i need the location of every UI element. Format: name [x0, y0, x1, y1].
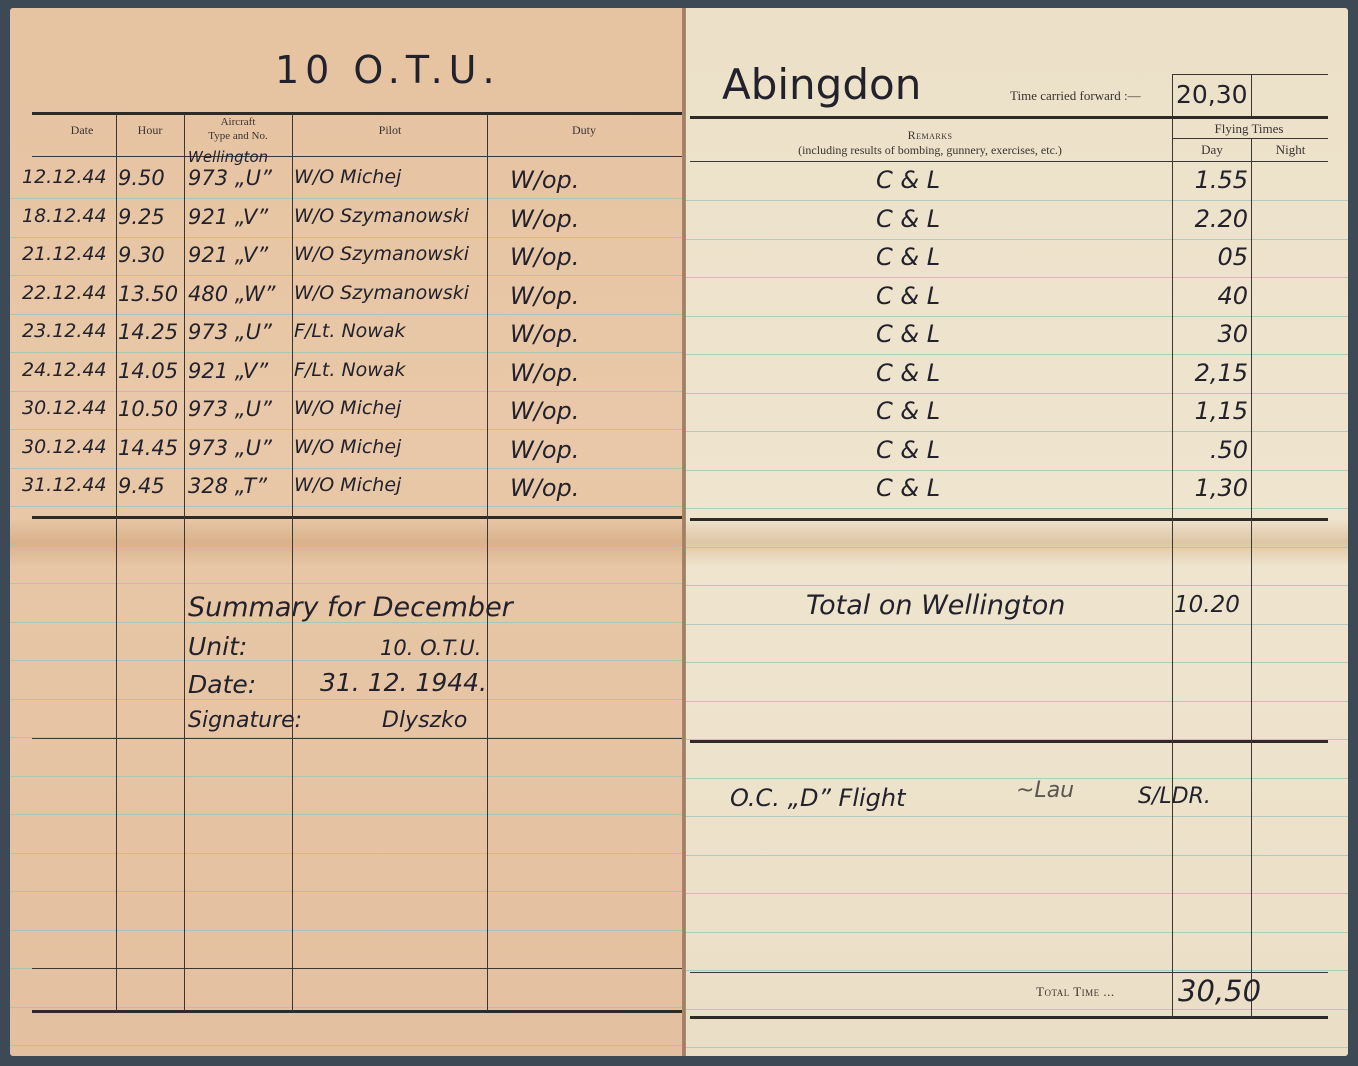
- day-time-entry: 40: [1217, 282, 1248, 310]
- ruled-line: [10, 545, 682, 546]
- header-top-rule: [32, 112, 682, 115]
- ruled-line: [10, 237, 682, 238]
- log-entry-date: 31.12.44: [22, 474, 107, 496]
- log-entry-date: 30.12.44: [22, 436, 107, 458]
- remark-entry: C & L: [876, 436, 940, 464]
- ruled-line: [10, 1045, 682, 1046]
- ruled-line: [10, 660, 682, 661]
- ruled-line: [10, 352, 682, 353]
- ruled-line: [686, 316, 1348, 317]
- carried-forward-left-rule: [1172, 74, 1173, 116]
- log-entry-pilot: W/O Szymanowski: [294, 205, 469, 227]
- total-on-type-label: Total on Wellington: [806, 590, 1065, 621]
- log-entry-aircraft: 921 „V”: [188, 243, 268, 267]
- summary-bottom-rule: [690, 740, 1328, 743]
- header-bottom-rule: [32, 156, 682, 157]
- ruled-line: [686, 277, 1348, 278]
- carried-forward-mid-rule: [1251, 74, 1252, 116]
- log-entry-pilot: W/O Michej: [294, 397, 401, 419]
- col-divider-aircraft: [292, 114, 293, 1011]
- ruled-line: [10, 699, 682, 700]
- summary-signature-label: Signature:: [188, 708, 302, 733]
- summary-date-value: 31. 12. 1944.: [320, 668, 487, 697]
- footer-bottom-rule: [690, 1016, 1328, 1019]
- oc-flight-line: O.C. „D” Flight: [730, 784, 906, 812]
- ruled-line: [10, 468, 682, 469]
- log-entry-pilot: W/O Szymanowski: [294, 282, 469, 304]
- log-entry-pilot: F/Lt. Nowak: [294, 320, 405, 342]
- log-entry-aircraft: 480 „W”: [188, 282, 275, 306]
- log-entry-duty: W/op.: [510, 243, 579, 271]
- remarks-subheader: (including results of bombing, gunnery, …: [690, 143, 1170, 158]
- log-entry-pilot: W/O Michej: [294, 474, 401, 496]
- log-entry-hour: 9.30: [118, 243, 165, 267]
- ruled-line: [686, 970, 1348, 971]
- ruled-line: [10, 776, 682, 777]
- ruled-line: [686, 470, 1348, 471]
- day-time-entry: 2.20: [1195, 205, 1248, 233]
- flying-times-header: Flying Times: [1174, 121, 1324, 137]
- ruled-line: [686, 393, 1348, 394]
- log-entry-duty: W/op.: [510, 397, 579, 425]
- ruled-line: [686, 547, 1348, 548]
- carried-forward-top-rule: [1172, 74, 1328, 75]
- ruled-line: [10, 198, 682, 199]
- remark-entry: C & L: [876, 166, 940, 194]
- log-entry-date: 18.12.44: [22, 205, 107, 227]
- remark-entry: C & L: [876, 359, 940, 387]
- log-entry-hour: 14.45: [118, 436, 178, 460]
- header-bottom-rule: [690, 161, 1328, 162]
- log-entry-aircraft: 973 „U”: [188, 320, 272, 344]
- summary-unit-label: Unit:: [188, 632, 247, 661]
- log-entry-aircraft: 921 „V”: [188, 359, 268, 383]
- log-entry-pilot: W/O Szymanowski: [294, 243, 469, 265]
- log-entry-aircraft: 973 „U”: [188, 436, 272, 460]
- ruled-line: [686, 508, 1348, 509]
- day-time-entry: 1,15: [1195, 397, 1248, 425]
- remark-entry: C & L: [876, 243, 940, 271]
- day-time-entry: .50: [1210, 436, 1248, 464]
- summary-signature-value: Dlyszko: [382, 708, 467, 733]
- day-time-entry: 1.55: [1195, 166, 1248, 194]
- entries-bottom-rule: [32, 516, 682, 519]
- log-entry-aircraft: 328 „T”: [188, 474, 267, 498]
- summary-title: Summary for December: [188, 592, 513, 623]
- col-divider-pilot: [487, 114, 488, 1011]
- ruled-line: [10, 314, 682, 315]
- log-entry-hour: 14.05: [118, 359, 178, 383]
- right-page: Abingdon Time carried forward :— 20,30 R…: [686, 8, 1348, 1056]
- col-header-hour: Hour: [118, 123, 182, 138]
- total-time-value: 30,50: [1178, 974, 1261, 1008]
- day-header: Day: [1174, 142, 1250, 158]
- ruled-line: [686, 624, 1348, 625]
- log-entry-hour: 13.50: [118, 282, 178, 306]
- summary-date-label: Date:: [188, 670, 256, 699]
- ruled-line: [10, 814, 682, 815]
- ruled-line: [10, 391, 682, 392]
- log-entry-pilot: W/O Michej: [294, 166, 401, 188]
- col-divider-day: [1251, 138, 1252, 1018]
- footer-bottom-rule: [32, 1010, 682, 1013]
- col-divider-remarks: [1172, 118, 1173, 1018]
- remark-entry: C & L: [876, 474, 940, 502]
- log-entry-hour: 9.45: [118, 474, 165, 498]
- log-entry-duty: W/op.: [510, 205, 579, 233]
- log-entry-duty: W/op.: [510, 320, 579, 348]
- log-entry-aircraft: 921 „V”: [188, 205, 268, 229]
- col-header-pilot: Pilot: [294, 123, 486, 138]
- footer-top-rule: [690, 972, 1328, 973]
- ruled-line: [686, 893, 1348, 894]
- ruled-line: [686, 585, 1348, 586]
- log-entry-date: 30.12.44: [22, 397, 107, 419]
- ruled-line: [10, 275, 682, 276]
- col-divider-hour: [184, 114, 185, 1011]
- log-entry-pilot: F/Lt. Nowak: [294, 359, 405, 381]
- ruled-line: [10, 506, 682, 507]
- ruled-line: [686, 239, 1348, 240]
- left-page: 10 O.T.U. Date Hour Aircraft Type and No…: [10, 8, 682, 1056]
- remark-entry: C & L: [876, 205, 940, 233]
- ruled-line: [686, 932, 1348, 933]
- log-entry-date: 22.12.44: [22, 282, 107, 304]
- day-time-entry: 05: [1217, 243, 1248, 271]
- log-entry-duty: W/op.: [510, 282, 579, 310]
- day-time-entry: 2,15: [1195, 359, 1248, 387]
- log-entry-hour: 9.50: [118, 166, 165, 190]
- day-time-entry: 1,30: [1195, 474, 1248, 502]
- carried-forward-value: 20,30: [1176, 80, 1248, 109]
- col-header-aircraft-1: Aircraft: [186, 116, 290, 128]
- oc-signature: ~Lau: [1016, 778, 1074, 803]
- remark-entry: C & L: [876, 397, 940, 425]
- ruled-line: [10, 930, 682, 931]
- remark-entry: C & L: [876, 282, 940, 310]
- log-entry-hour: 9.25: [118, 205, 165, 229]
- ruled-line: [686, 855, 1348, 856]
- ruled-line: [10, 853, 682, 854]
- log-entry-aircraft: 973 „U”: [188, 397, 272, 421]
- ruled-line: [686, 354, 1348, 355]
- ruled-line: [10, 1007, 682, 1008]
- col-header-duty: Duty: [489, 123, 679, 138]
- flying-times-rule: [1172, 138, 1328, 139]
- night-header: Night: [1253, 142, 1328, 158]
- ruled-line: [10, 891, 682, 892]
- col-header-aircraft-2: Type and No.: [186, 130, 290, 142]
- summary-bottom-rule: [32, 738, 682, 739]
- col-divider-date: [116, 114, 117, 1011]
- total-time-label: Total Time ...: [1036, 984, 1115, 1000]
- day-time-entry: 30: [1217, 320, 1248, 348]
- oc-rank: S/LDR.: [1138, 784, 1211, 809]
- total-on-type-value: 10.20: [1174, 592, 1240, 618]
- remark-entry: C & L: [876, 320, 940, 348]
- log-entry-duty: W/op.: [510, 436, 579, 464]
- carried-forward-label: Time carried forward :—: [1010, 88, 1141, 104]
- ruled-line: [10, 429, 682, 430]
- water-stain: [10, 518, 682, 566]
- ruled-line: [686, 662, 1348, 663]
- log-entry-date: 24.12.44: [22, 359, 107, 381]
- log-entry-duty: W/op.: [510, 359, 579, 387]
- unit-heading: 10 O.T.U.: [275, 48, 501, 92]
- log-entry-hour: 14.25: [118, 320, 178, 344]
- log-entry-duty: W/op.: [510, 474, 579, 502]
- header-top-rule: [690, 116, 1328, 119]
- ruled-line: [686, 816, 1348, 817]
- col-header-date: Date: [50, 123, 114, 138]
- ruled-line: [686, 200, 1348, 201]
- log-entry-pilot: W/O Michej: [294, 436, 401, 458]
- log-entry-aircraft: 973 „U”: [188, 166, 272, 190]
- location-heading: Abingdon: [722, 60, 921, 109]
- ruled-line: [686, 701, 1348, 702]
- aircraft-type-label: Wellington: [188, 148, 268, 166]
- log-entry-date: 23.12.44: [22, 320, 107, 342]
- footer-top-rule: [32, 968, 682, 969]
- ruled-line: [686, 1047, 1348, 1048]
- ruled-line: [10, 583, 682, 584]
- log-entry-hour: 10.50: [118, 397, 178, 421]
- log-entry-duty: W/op.: [510, 166, 579, 194]
- water-stain: [686, 518, 1348, 566]
- log-entry-date: 21.12.44: [22, 243, 107, 265]
- summary-unit-value: 10. O.T.U.: [380, 636, 481, 660]
- ruled-line: [686, 1009, 1348, 1010]
- entries-bottom-rule: [690, 518, 1328, 521]
- ruled-line: [686, 431, 1348, 432]
- log-entry-date: 12.12.44: [22, 166, 107, 188]
- remarks-header: Remarks: [690, 128, 1170, 143]
